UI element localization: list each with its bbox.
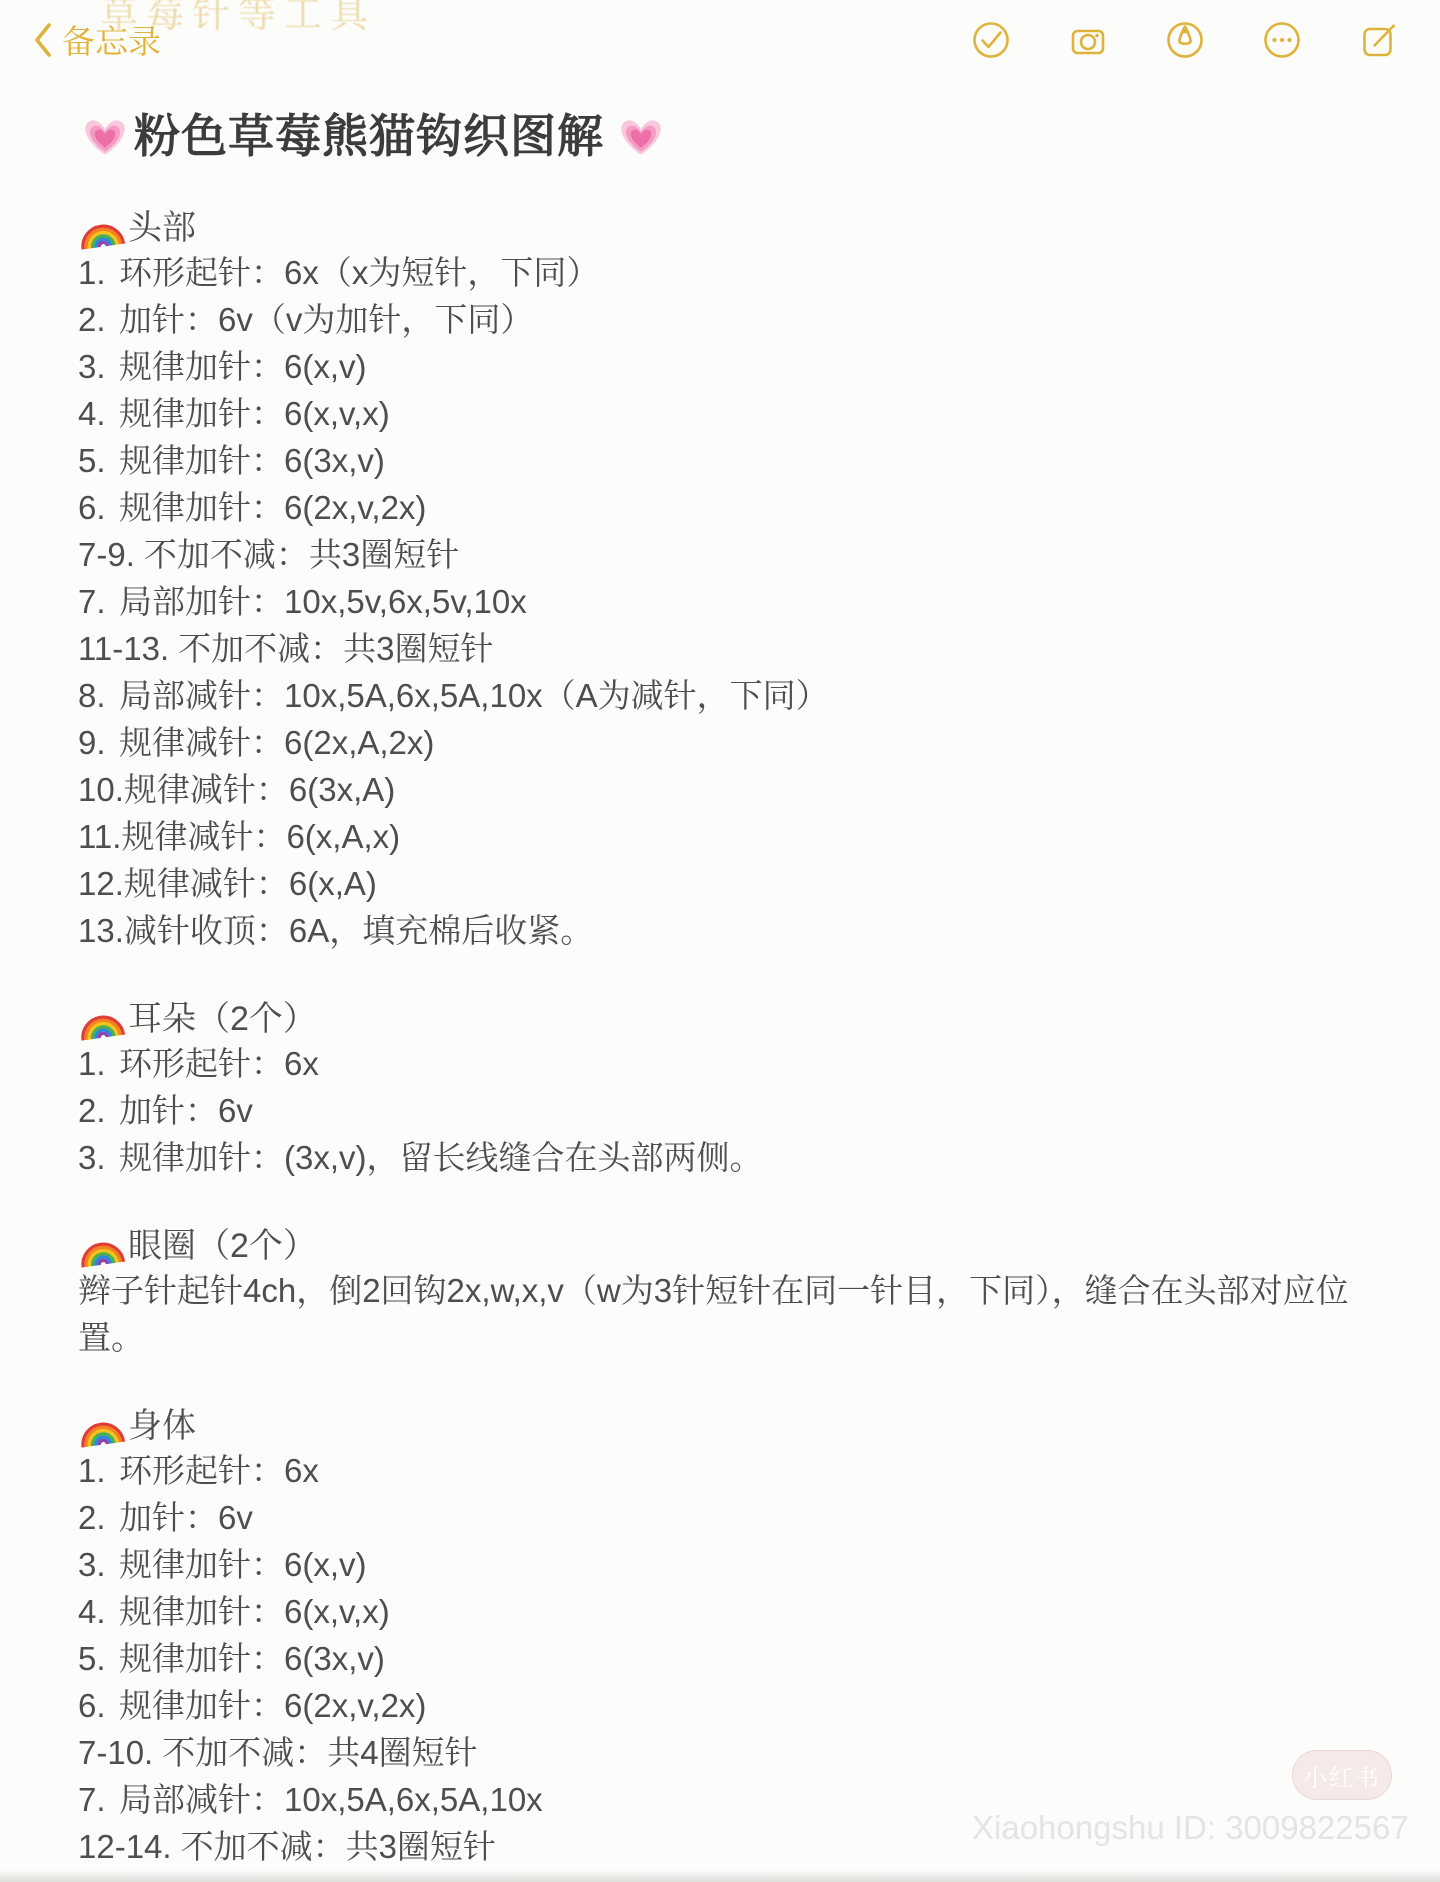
- step-text: 减针收顶：6A，填充棉后收紧。: [124, 907, 593, 954]
- rainbow-icon: [76, 210, 126, 250]
- step-text: 规律减针：6(x,A,x): [121, 813, 400, 860]
- section-heading-label: 头部: [128, 200, 196, 249]
- nav-bar: 备忘录: [0, 0, 1440, 82]
- pattern-step: 4.规律加针：6(x,v,x): [78, 1588, 1404, 1635]
- step-number: 2.: [78, 1087, 119, 1134]
- step-text: 加针：6v: [119, 1087, 253, 1134]
- step-number: 3.: [78, 1541, 119, 1588]
- step-number: 1.: [78, 249, 119, 296]
- pattern-step: 7-9.不加不减：共3圈短针: [78, 531, 1404, 578]
- step-number: 7.: [78, 578, 119, 625]
- section-heading: 头部: [78, 205, 1404, 249]
- pattern-step: 1.环形起针：6x: [78, 1040, 1404, 1087]
- step-number: 13.: [78, 907, 124, 954]
- xiaohongshu-badge: 小红书: [1292, 1750, 1392, 1800]
- step-text: 环形起针：6x: [119, 1447, 319, 1494]
- step-text: 加针：6v: [119, 1494, 253, 1541]
- step-text: 规律加针：6(2x,v,2x): [119, 1682, 426, 1729]
- ellipsis-circle-icon[interactable]: [1260, 18, 1304, 62]
- pattern-step: 9.规律减针：6(2x,A,2x): [78, 719, 1404, 766]
- pattern-step: 2.加针：6v: [78, 1087, 1404, 1134]
- step-text: 规律加针：6(x,v,x): [119, 1588, 390, 1635]
- step-text: 不加不减：共3圈短针: [181, 1823, 496, 1870]
- pattern-step: 3.规律加针：6(x,v): [78, 343, 1404, 390]
- pattern-step: 13.减针收顶：6A，填充棉后收紧。: [78, 907, 1404, 954]
- section-ears: 耳朵（2个） 1.环形起针：6x 2.加针：6v 3.规律加针：(3x,v)，留…: [78, 996, 1404, 1181]
- step-text: 局部减针：10x,5A,6x,5A,10x（A为减针，下同）: [119, 672, 829, 719]
- pattern-step: 3.规律加针：6(x,v): [78, 1541, 1404, 1588]
- step-number: 6.: [78, 1682, 119, 1729]
- back-label: 备忘录: [62, 16, 161, 63]
- pattern-step: 2.加针：6v: [78, 1494, 1404, 1541]
- pattern-step: 2.加针：6v（v为加针，下同）: [78, 296, 1404, 343]
- step-text: 加针：6v（v为加针，下同）: [119, 296, 533, 343]
- pattern-paragraph: 辫子针起针4ch，倒2回钩2x,w,x,v（w为3针短针在同一针目，下同），缝合…: [78, 1267, 1404, 1361]
- step-number: 2.: [78, 1494, 119, 1541]
- pattern-step: 7.局部加针：10x,5v,6x,5v,10x: [78, 578, 1404, 625]
- chevron-left-icon: [32, 20, 54, 60]
- step-number: 8.: [78, 672, 119, 719]
- section-heading-label: 眼圈（2个）: [128, 1218, 317, 1267]
- step-text: 规律加针：6(2x,v,2x): [119, 484, 426, 531]
- step-number: 2.: [78, 296, 119, 343]
- step-text: 不加不减：共3圈短针: [144, 531, 459, 578]
- back-button[interactable]: 备忘录: [32, 16, 161, 63]
- step-number: 3.: [78, 343, 119, 390]
- step-number: 7-9.: [78, 531, 135, 578]
- step-text: 不加不减：共4圈短针: [162, 1729, 477, 1776]
- pattern-step: 4.规律加针：6(x,v,x): [78, 390, 1404, 437]
- step-number: 1.: [78, 1040, 119, 1087]
- note-title-text: 粉色草莓熊猫钩织图解: [134, 110, 604, 163]
- pink-heart-icon: [82, 116, 128, 158]
- rainbow-icon: [76, 1001, 126, 1041]
- xiaohongshu-id-watermark: Xiaohongshu ID: 3009822567: [972, 1809, 1409, 1847]
- note-title: 粉色草莓熊猫钩织图解: [82, 110, 1404, 163]
- step-text: 规律减针：6(3x,A): [124, 766, 395, 813]
- pattern-step: 10.规律减针：6(3x,A): [78, 766, 1404, 813]
- step-text: 局部加针：10x,5v,6x,5v,10x: [119, 578, 527, 625]
- note-content[interactable]: 粉色草莓熊猫钩织图解 头部 1.环形起针：6x（x为短针，下同） 2.加针：6v…: [78, 110, 1404, 1870]
- step-text: 规律减针：6(2x,A,2x): [119, 719, 434, 766]
- pattern-step: 6.规律加针：6(2x,v,2x): [78, 1682, 1404, 1729]
- section-heading-label: 耳朵（2个）: [128, 991, 317, 1040]
- rainbow-icon: [76, 1408, 126, 1448]
- step-number: 4.: [78, 1588, 119, 1635]
- compose-icon[interactable]: [1357, 18, 1401, 62]
- step-text: 不加不减：共3圈短针: [178, 625, 493, 672]
- step-number: 5.: [78, 1635, 119, 1682]
- pink-heart-icon: [618, 116, 664, 158]
- step-number: 6.: [78, 484, 119, 531]
- section-body: 身体 1.环形起针：6x 2.加针：6v 3.规律加针：6(x,v) 4.规律加…: [78, 1403, 1404, 1870]
- bottom-edge-shade: [0, 1870, 1440, 1882]
- step-number: 7.: [78, 1776, 119, 1823]
- section-eye-patches: 眼圈（2个） 辫子针起针4ch，倒2回钩2x,w,x,v（w为3针短针在同一针目…: [78, 1223, 1404, 1361]
- step-number: 4.: [78, 390, 119, 437]
- section-heading: 身体: [78, 1403, 1404, 1447]
- pattern-step: 12.规律减针：6(x,A): [78, 860, 1404, 907]
- pattern-step: 6.规律加针：6(2x,v,2x): [78, 484, 1404, 531]
- pattern-step: 5.规律加针：6(3x,v): [78, 437, 1404, 484]
- step-number: 1.: [78, 1447, 119, 1494]
- section-head: 头部 1.环形起针：6x（x为短针，下同） 2.加针：6v（v为加针，下同） 3…: [78, 205, 1404, 954]
- rainbow-icon: [76, 1228, 126, 1268]
- pattern-step: 5.规律加针：6(3x,v): [78, 1635, 1404, 1682]
- pattern-step: 11-13.不加不减：共3圈短针: [78, 625, 1404, 672]
- step-text: 规律加针：(3x,v)，留长线缝合在头部两侧。: [119, 1134, 763, 1181]
- step-number: 3.: [78, 1134, 119, 1181]
- step-text: 环形起针：6x: [119, 1040, 319, 1087]
- step-text: 规律加针：6(x,v,x): [119, 390, 390, 437]
- section-heading-label: 身体: [128, 1398, 196, 1447]
- checkmark-circle-icon[interactable]: [969, 18, 1013, 62]
- pattern-step: 3.规律加针：(3x,v)，留长线缝合在头部两侧。: [78, 1134, 1404, 1181]
- step-text: 规律加针：6(x,v): [119, 1541, 367, 1588]
- camera-icon[interactable]: [1066, 18, 1110, 62]
- step-number: 10.: [78, 766, 124, 813]
- step-text: 规律加针：6(3x,v): [119, 1635, 385, 1682]
- pattern-step: 8.局部减针：10x,5A,6x,5A,10x（A为减针，下同）: [78, 672, 1404, 719]
- step-number: 11-13.: [78, 625, 169, 672]
- step-number: 7-10.: [78, 1729, 153, 1776]
- section-heading: 眼圈（2个）: [78, 1223, 1404, 1267]
- pattern-step: 1.环形起针：6x（x为短针，下同）: [78, 249, 1404, 296]
- section-heading: 耳朵（2个）: [78, 996, 1404, 1040]
- step-number: 12-14.: [78, 1823, 172, 1870]
- step-number: 9.: [78, 719, 119, 766]
- step-number: 5.: [78, 437, 119, 484]
- step-number: 11.: [78, 813, 121, 860]
- markup-pen-icon[interactable]: [1163, 18, 1207, 62]
- pattern-step: 11.规律减针：6(x,A,x): [78, 813, 1404, 860]
- pattern-step: 1.环形起针：6x: [78, 1447, 1404, 1494]
- step-text: 环形起针：6x（x为短针，下同）: [119, 249, 599, 296]
- step-text: 规律加针：6(3x,v): [119, 437, 385, 484]
- step-number: 12.: [78, 860, 124, 907]
- step-text: 局部减针：10x,5A,6x,5A,10x: [119, 1776, 543, 1823]
- step-text: 规律减针：6(x,A): [124, 860, 377, 907]
- step-text: 规律加针：6(x,v): [119, 343, 367, 390]
- pattern-step: 7-10.不加不减：共4圈短针: [78, 1729, 1404, 1776]
